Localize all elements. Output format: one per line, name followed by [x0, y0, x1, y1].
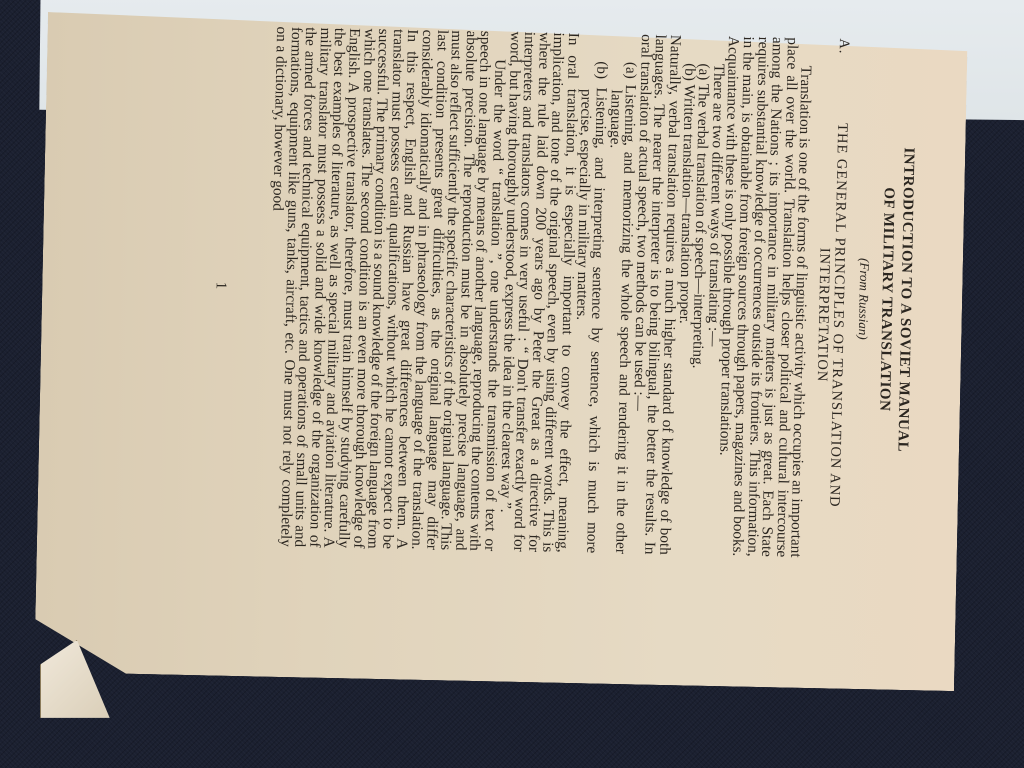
paragraph-5: Under the word “ translation ”, one unde… — [263, 26, 507, 551]
list-marker: (b) — [593, 61, 610, 79]
paragraph-1: Translation is one of the forms of lingu… — [715, 36, 813, 558]
paragraph-4: In oral translation, it is especially im… — [496, 31, 580, 552]
list-marker: (a) — [622, 62, 639, 79]
page-number: 1 — [208, 25, 233, 545]
section-title-line-2: INTERPRETATION — [814, 248, 833, 383]
section-letter: A. — [821, 38, 852, 73]
section-title: THE GENERAL PRINCIPLES OF TRANSLATION AN… — [811, 72, 851, 559]
page-text-block: INTRODUCTION TO A SOVIET MANUAL OF MILIT… — [69, 22, 920, 559]
section-heading: A. THE GENERAL PRINCIPLES OF TRANSLATION… — [811, 38, 852, 559]
